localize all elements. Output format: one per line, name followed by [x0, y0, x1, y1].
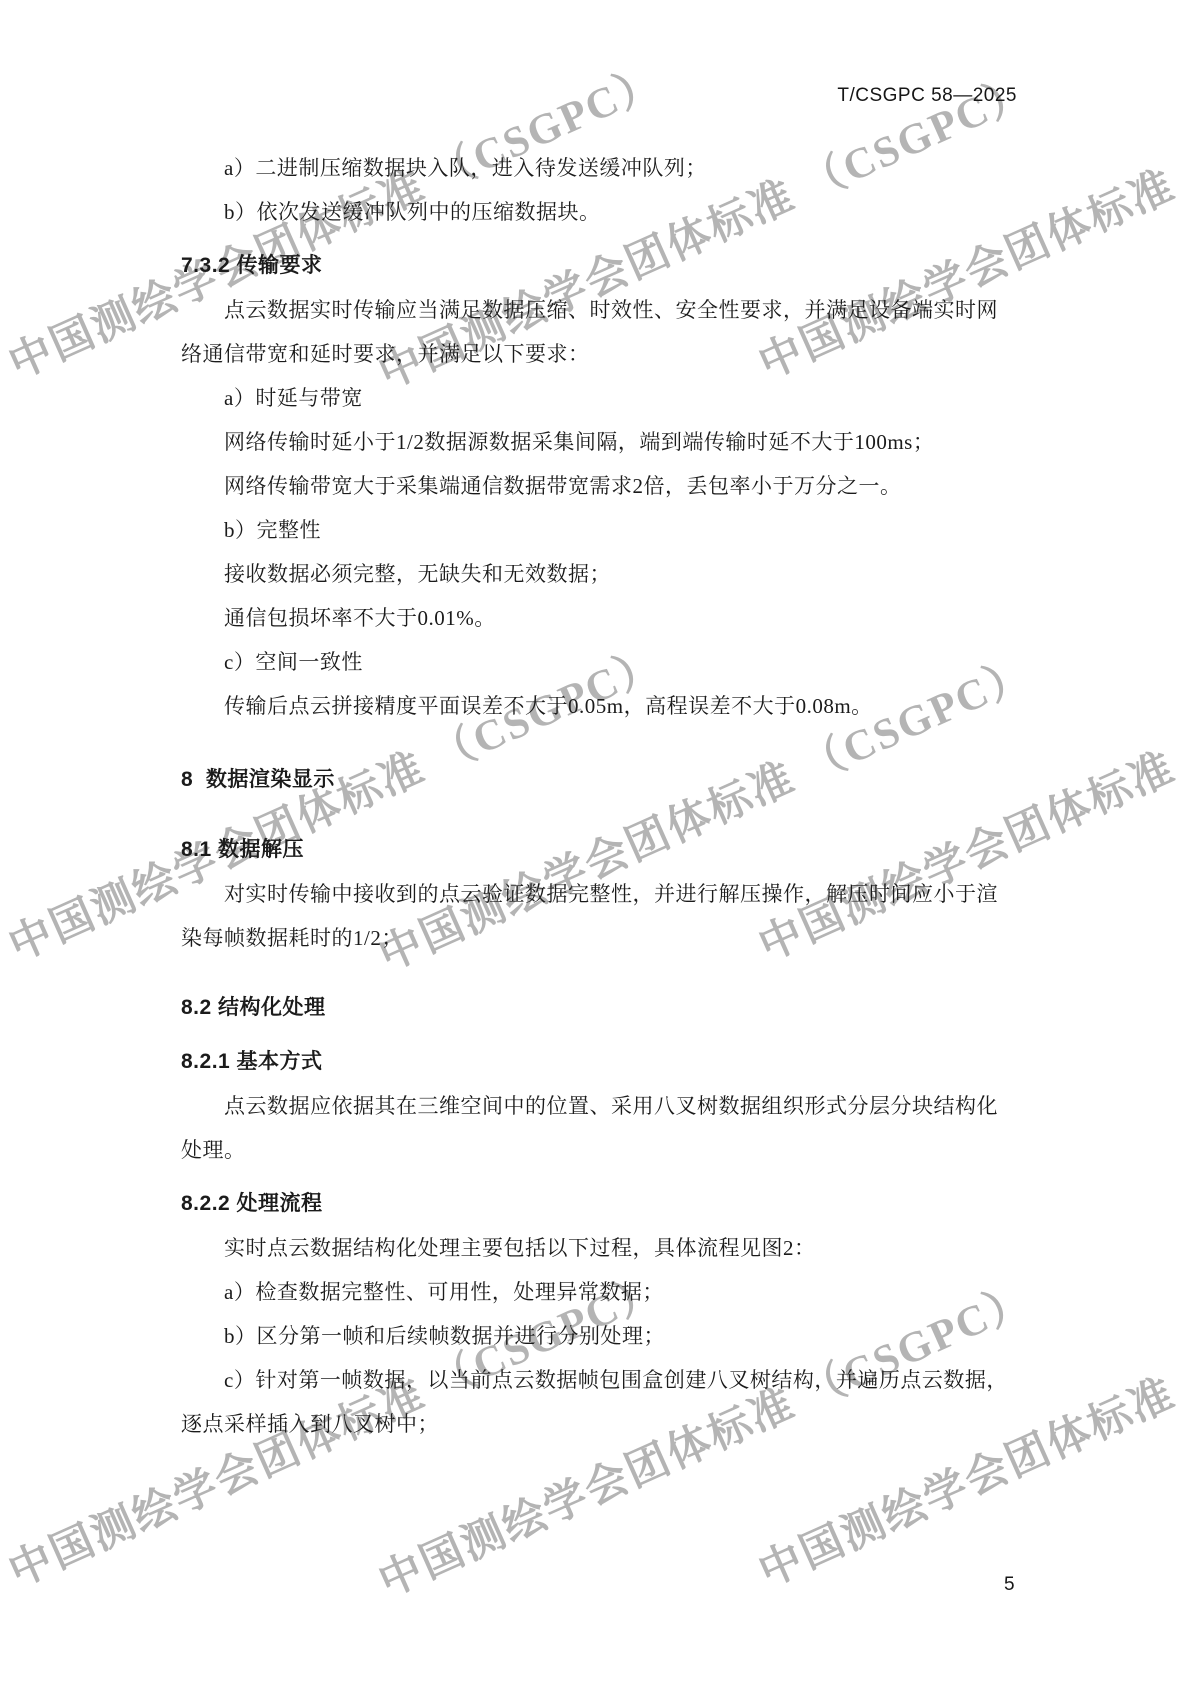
list-item-a: a）时延与带宽 [181, 376, 1043, 420]
paragraph-line: 网络传输带宽大于采集端通信数据带宽需求2倍，丢包率小于万分之一。 [181, 464, 1043, 508]
heading-8-2-2: 8.2.2 处理流程 [181, 1182, 1043, 1226]
paragraph-line: 网络传输时延小于1/2数据源数据采集间隔，端到端传输时延不大于100ms； [181, 420, 1043, 464]
document-code-header: T/CSGPC 58—2025 [837, 85, 1017, 107]
paragraph-line: 点云数据实时传输应当满足数据压缩、时效性、安全性要求，并满足设备端实时网 [181, 288, 1043, 332]
paragraph-line: 实时点云数据结构化处理主要包括以下过程，具体流程见图2： [181, 1226, 1043, 1270]
paragraph-line: 通信包损坏率不大于0.01%。 [181, 596, 1043, 640]
heading-8-2: 8.2 结构化处理 [181, 986, 1043, 1030]
heading-8-1: 8.1 数据解压 [181, 828, 1043, 872]
list-item-c: c）针对第一帧数据，以当前点云数据帧包围盒创建八叉树结构，并遍历点云数据， [181, 1358, 1043, 1402]
list-item-b: b）区分第一帧和后续帧数据并进行分别处理； [181, 1314, 1043, 1358]
page-number: 5 [1004, 1574, 1015, 1596]
list-item-c: c）空间一致性 [181, 640, 1043, 684]
paragraph-line: 接收数据必须完整，无缺失和无效数据； [181, 552, 1043, 596]
heading-8-2-1: 8.2.1 基本方式 [181, 1040, 1043, 1084]
document-page: 中国测绘学会团体标准 （CSGPC） 中国测绘学会团体标准 （CSGPC） 中国… [0, 0, 1199, 1696]
list-item-a: a）二进制压缩数据块入队，进入待发送缓冲队列； [181, 146, 1043, 190]
paragraph-line: 染每帧数据耗时的1/2； [181, 916, 1043, 960]
paragraph-line: 络通信带宽和延时要求，并满足以下要求： [181, 332, 1043, 376]
list-item-a: a）检查数据完整性、可用性，处理异常数据； [181, 1270, 1043, 1314]
paragraph-line: 处理。 [181, 1128, 1043, 1172]
list-item-b: b）依次发送缓冲队列中的压缩数据块。 [181, 190, 1043, 234]
heading-7-3-2: 7.3.2 传输要求 [181, 244, 1043, 288]
paragraph-line: 逐点采样插入到八叉树中； [181, 1402, 1043, 1446]
list-item-b: b）完整性 [181, 508, 1043, 552]
heading-8: 8 数据渲染显示 [181, 758, 1043, 802]
paragraph-line: 对实时传输中接收到的点云验证数据完整性，并进行解压操作，解压时间应小于渲 [181, 872, 1043, 916]
paragraph-line: 点云数据应依据其在三维空间中的位置、采用八叉树数据组织形式分层分块结构化 [181, 1084, 1043, 1128]
paragraph-line: 传输后点云拼接精度平面误差不大于0.05m，高程误差不大于0.08m。 [181, 684, 1043, 728]
document-body: a）二进制压缩数据块入队，进入待发送缓冲队列； b）依次发送缓冲队列中的压缩数据… [181, 146, 1043, 1446]
